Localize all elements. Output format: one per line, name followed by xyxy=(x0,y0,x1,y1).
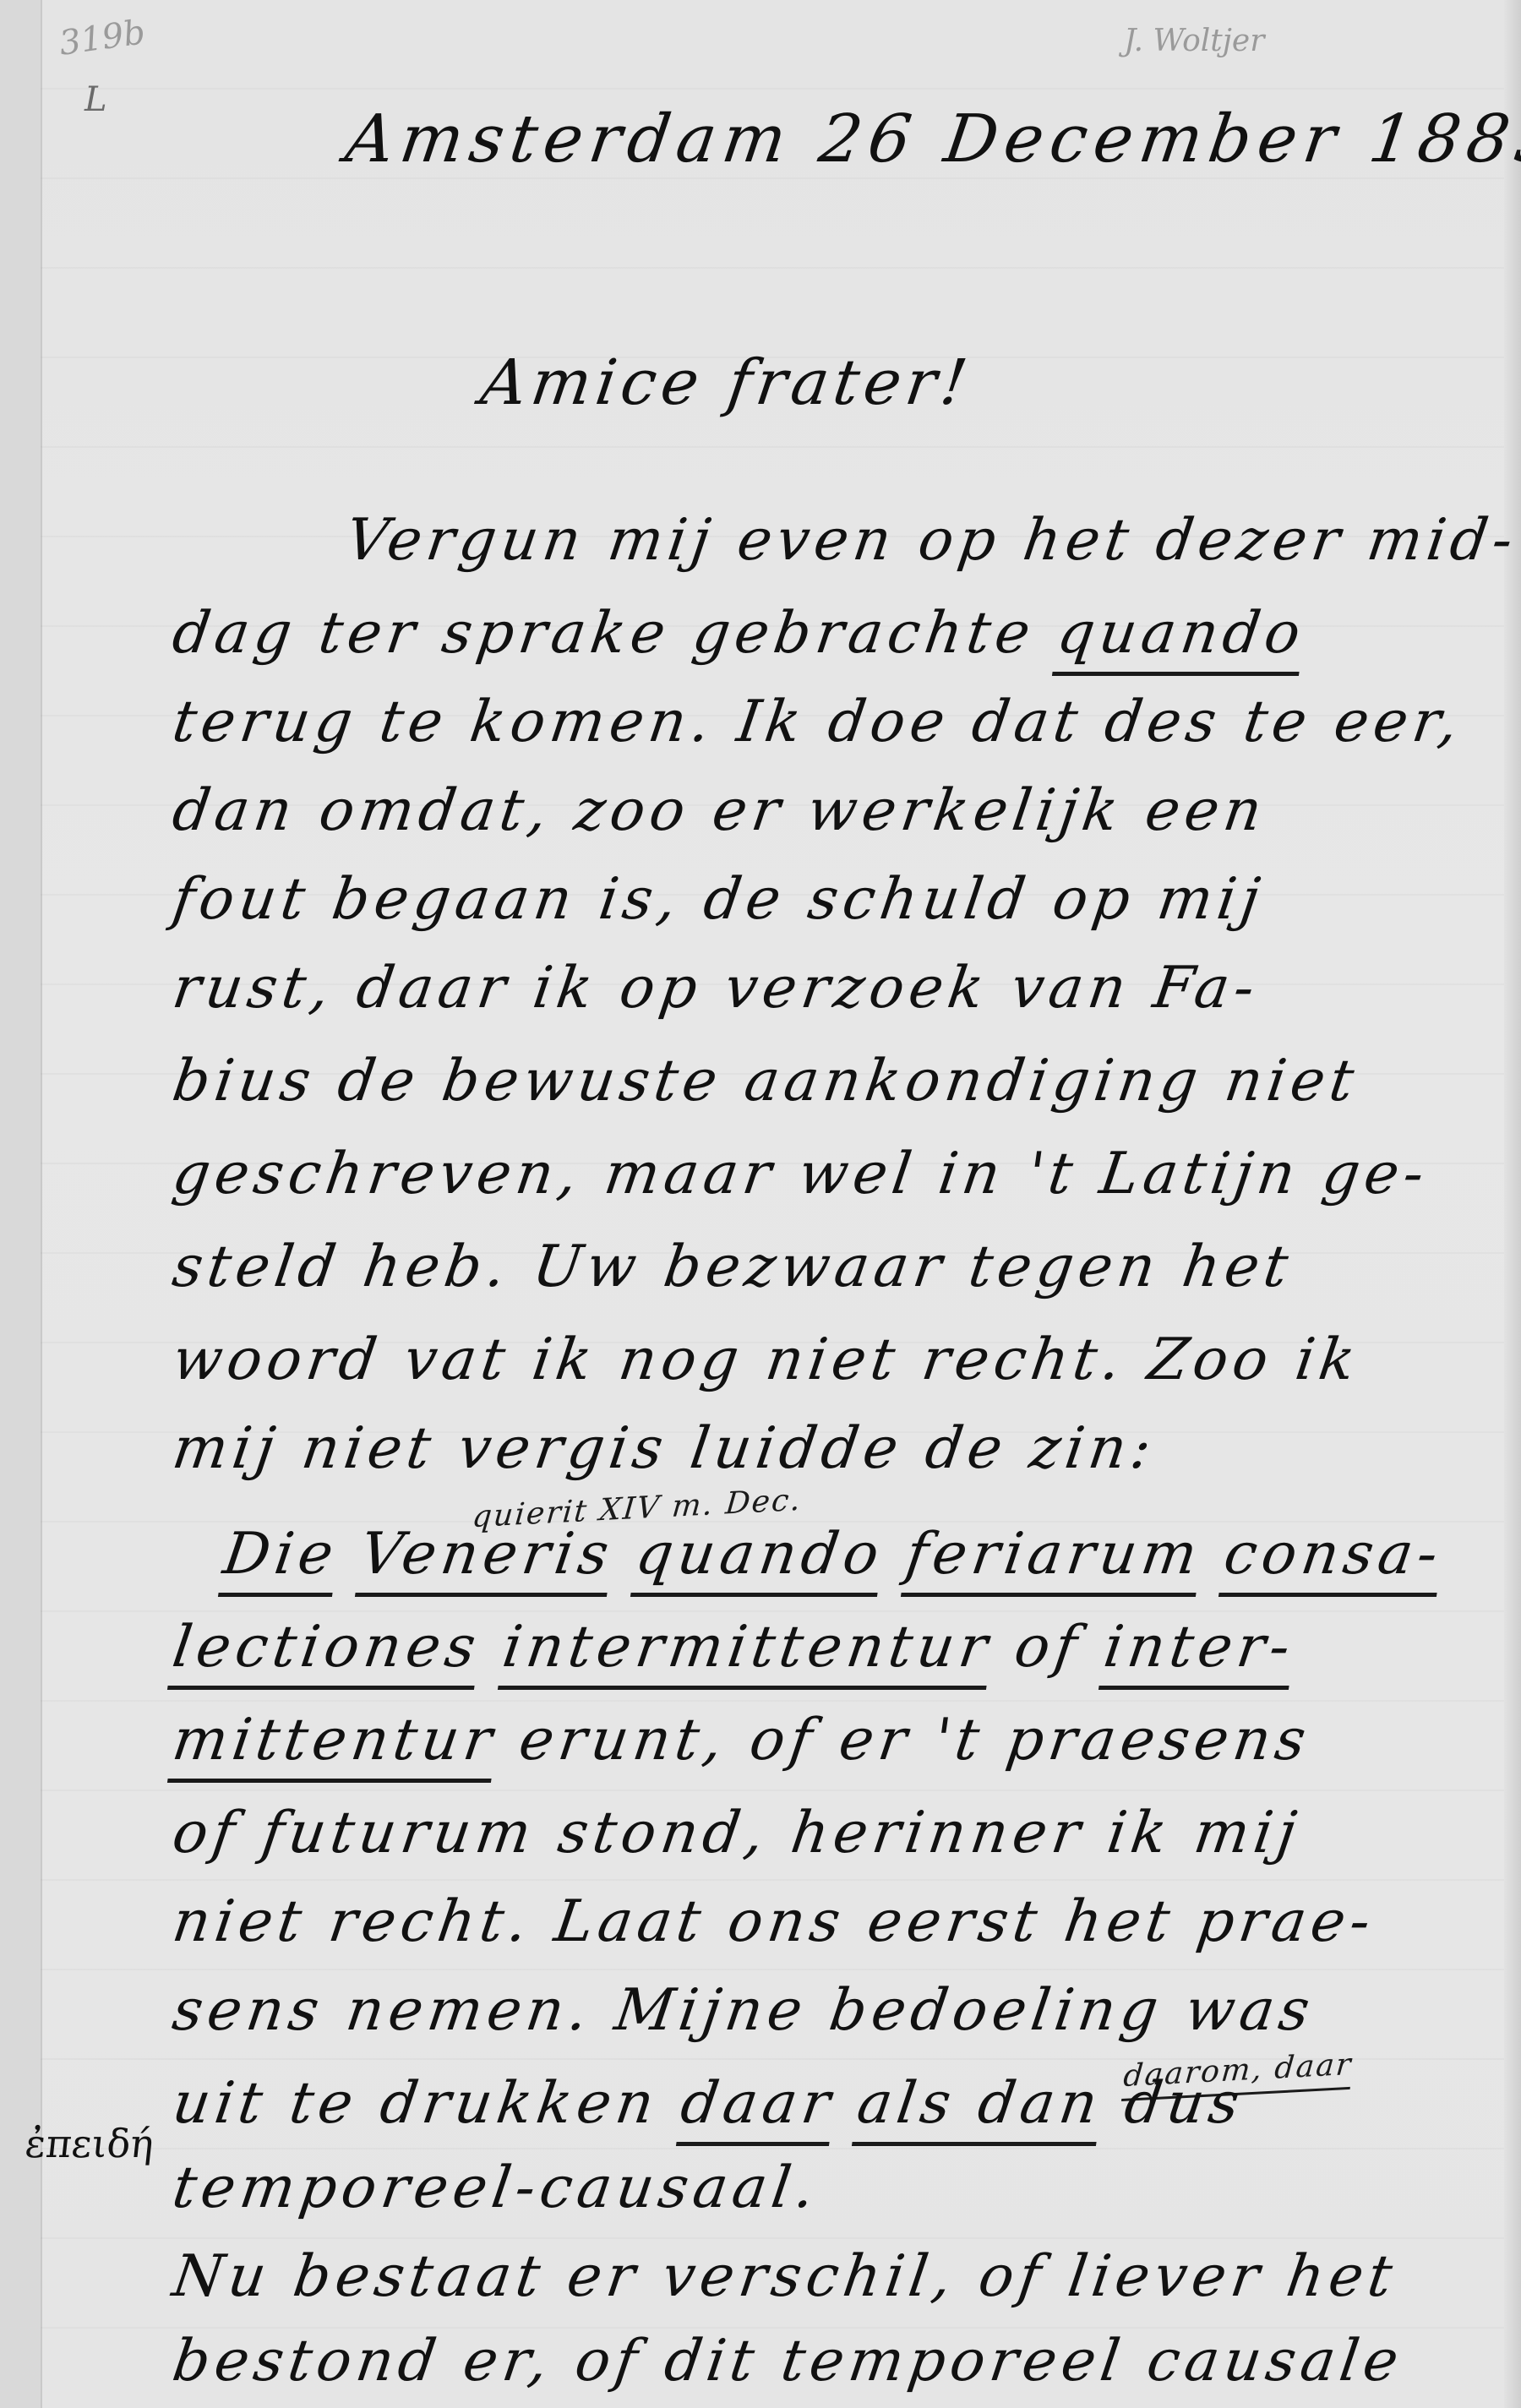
body-line: terug te komen. Ik doe dat des te eer, xyxy=(168,689,1467,755)
marginal-note-greek: ἐπειδή xyxy=(23,2121,156,2166)
place-date-heading: Amsterdam 26 December 1883 xyxy=(341,101,1521,177)
underlined-word: lectiones xyxy=(167,1614,485,1690)
underlined-word: intermittentur xyxy=(498,1614,997,1690)
body-line-text: of xyxy=(1011,1614,1086,1681)
underlined-word: consa- xyxy=(1218,1521,1447,1597)
body-line: mij niet vergis luidde de zin: xyxy=(168,1415,1160,1482)
body-line: Nu bestaat er verschil, of liever het xyxy=(168,2243,1401,2310)
underlined-word: quando xyxy=(1052,600,1310,676)
body-line: uit te drukken daar als dan dus xyxy=(168,2070,1248,2137)
body-line: fout begaan is, de schuld op mij xyxy=(168,866,1268,933)
body-line: woord vat ik nog niet recht. Zoo ik xyxy=(168,1327,1364,1393)
correspondent-note: J. Woltjer xyxy=(1124,24,1264,58)
body-line: Die Veneris quando feriarum consa- xyxy=(219,1521,1447,1588)
body-line: of futurum stond, herinner ik mij xyxy=(168,1800,1305,1866)
underlined-word: als dan xyxy=(852,2070,1106,2146)
underlined-word: Die xyxy=(218,1521,342,1597)
body-line: temporeel-causaal. xyxy=(168,2155,823,2221)
scan-gutter xyxy=(1504,0,1521,2408)
body-line-text: erunt, of er 't praesens xyxy=(515,1707,1315,1773)
body-line-text: dag ter sprake gebrachte xyxy=(168,600,1062,667)
tick-mark: L xyxy=(84,80,107,119)
body-line: mittentur erunt, of er 't praesens xyxy=(168,1707,1315,1773)
body-line: dan omdat, zoo er werkelijk een xyxy=(168,777,1270,844)
body-line-text: uit te drukken xyxy=(168,2070,686,2137)
underlined-word: inter- xyxy=(1098,1614,1299,1690)
body-line: Vergun mij even op het dezer mid- xyxy=(341,507,1521,574)
body-line: geschreven, maar wel in 't Latijn ge- xyxy=(168,1141,1432,1207)
body-line: steld heb. Uw bezwaar tegen het xyxy=(168,1234,1297,1300)
body-line: bius de bewuste aankondiging niet xyxy=(168,1048,1362,1114)
body-line: bestond er, of dit temporeel causale xyxy=(168,2328,1407,2394)
underlined-word: quando xyxy=(630,1521,888,1597)
body-line: lectiones intermittentur of inter- xyxy=(168,1614,1299,1681)
body-line: rust, daar ik op verzoek van Fa- xyxy=(168,955,1263,1021)
body-line: sens nemen. Mijne bedoeling was xyxy=(168,1977,1318,2044)
underlined-word: daar xyxy=(675,2070,839,2146)
underlined-word: mittentur xyxy=(167,1707,501,1783)
salutation: Amice frater! xyxy=(477,346,977,419)
underlined-word: Veneris xyxy=(355,1521,618,1597)
body-line: dag ter sprake gebrachte quando xyxy=(168,600,1309,667)
body-line: niet recht. Laat ons eerst het prae- xyxy=(168,1888,1379,1955)
body-line-text: dus xyxy=(1120,2070,1248,2137)
underlined-word: feriarum xyxy=(901,1521,1207,1597)
